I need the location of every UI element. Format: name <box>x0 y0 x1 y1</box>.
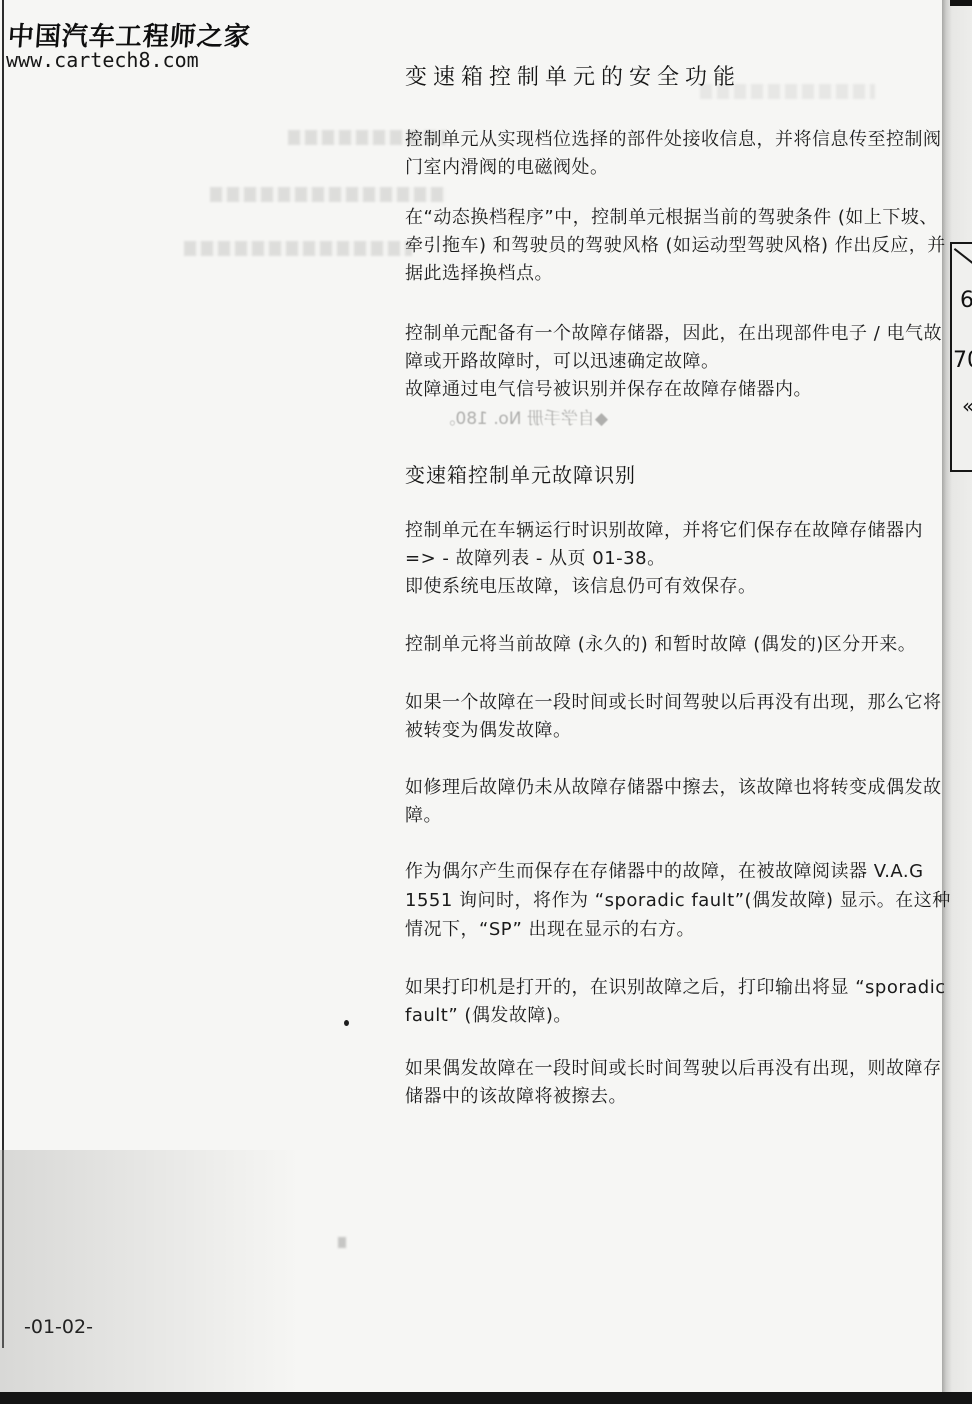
page-number: -01-02- <box>24 1316 93 1338</box>
bleedthrough-manual-ref: ◆自学手册 No. 180。 <box>383 404 608 428</box>
paragraph: 如果偶发故障在一段时间或长时间驾驶以后再没有出现，则故障存储器中的该故障将被擦去… <box>405 1055 951 1111</box>
paragraph: 控制单元将当前故障 (永久的) 和暂时故障 (偶发的)区分开来。 <box>405 631 951 659</box>
bleedthrough-smudge <box>210 187 446 202</box>
paragraph: 在“动态换档程序”中，控制单元根据当前的驾驶条件 (如上下坡、牵引拖车) 和驾驶… <box>405 204 951 288</box>
paragraph: 如修理后故障仍未从故障存储器中擦去，该故障也将转变成偶发故障。 <box>405 774 951 830</box>
cropped-reference-box: 6 70 « <box>950 242 972 472</box>
cropped-pointer-line-icon <box>954 248 972 266</box>
reference-value: 70 <box>953 348 972 373</box>
scan-bottom-band <box>0 1392 972 1404</box>
scan-corner-mark <box>950 0 972 6</box>
paragraph: 控制单元在车辆运行时识别故障，并将它们保存在故障存储器内 => - 故障列表 -… <box>405 517 951 601</box>
paragraph: 如果打印机是打开的，在识别故障之后，打印输出将显 “sporadic fault… <box>405 974 951 1030</box>
faint-speck <box>338 1237 346 1248</box>
section-title-fault-recognition: 变速箱控制单元故障识别 <box>405 459 965 488</box>
reference-value: 6 <box>960 288 972 313</box>
scanned-manual-page: 中国汽车工程师之家 www.cartech8.com ◆自学手册 No. 180… <box>0 0 972 1404</box>
watermark-site-url: www.cartech8.com <box>6 48 199 72</box>
ink-speck <box>344 1020 349 1026</box>
page-corner-shadow <box>0 1150 300 1392</box>
paragraph: 如果一个故障在一段时间或长时间驾驶以后再没有出现，那么它将被转变为偶发故障。 <box>405 689 951 745</box>
paragraph: 控制单元从实现档位选择的部件处接收信息，并将信息传至控制阀门室内滑阀的电磁阀处。 <box>405 126 951 182</box>
paragraph: 控制单元配备有一个故障存储器，因此，在出现部件电子 / 电气故障或开路故障时，可… <box>405 320 951 404</box>
guillemet-icon: « <box>962 394 972 418</box>
page-edge-line <box>2 0 4 1348</box>
paragraph: 作为偶尔产生而保存在存储器中的故障，在被故障阅读器 V.A.G 1551 询问时… <box>405 857 951 944</box>
bleedthrough-smudge <box>184 241 412 256</box>
section-title-safety-functions: 变速箱控制单元的安全功能 <box>405 60 965 91</box>
